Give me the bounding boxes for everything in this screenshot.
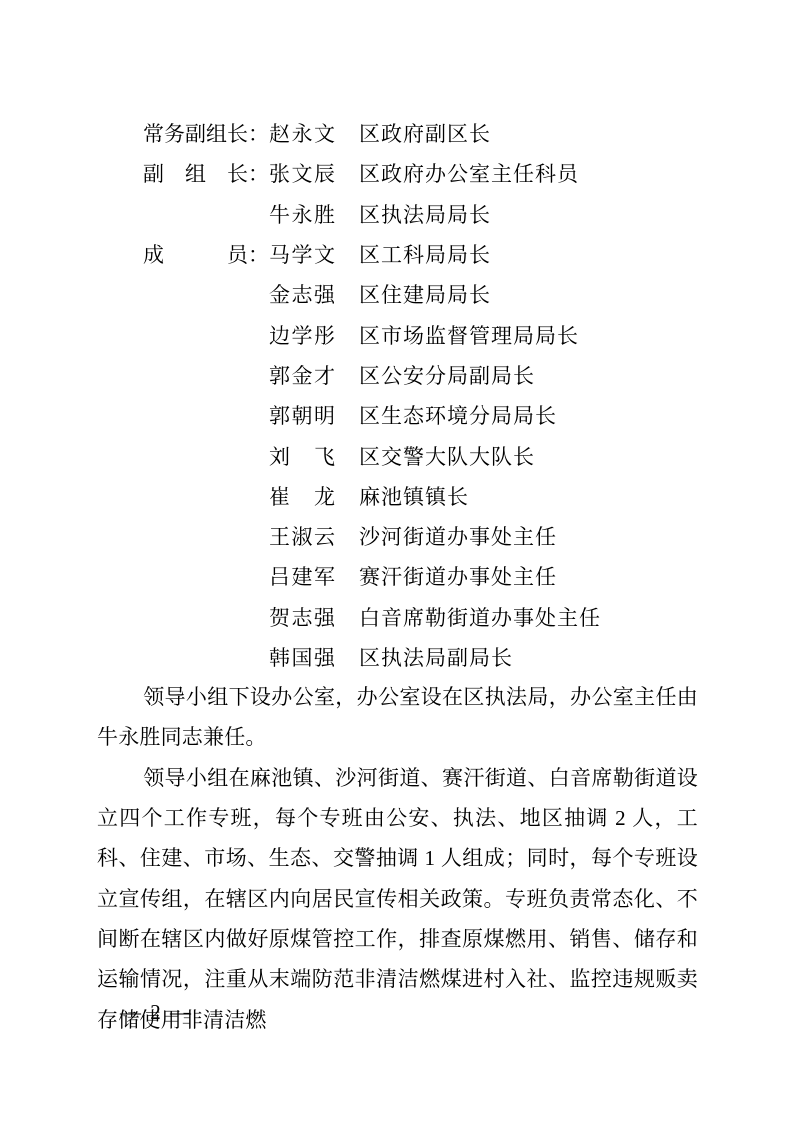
leading-group-roster: 常务副组长： 赵永文 区政府副区长 副 组 长： 张文辰 区政府办公室主任科员 … (143, 113, 698, 677)
roster-row: 郭朝明 区生态环境分局局长 (143, 395, 698, 435)
paragraph-office-setup: 领导小组下设办公室，办公室设在区执法局，办公室主任由牛永胜同志兼任。 (97, 677, 698, 758)
roster-person-title: 区执法局局长 (359, 199, 491, 229)
roster-person-title: 白音席勒街道办事处主任 (359, 602, 601, 632)
document-page: 常务副组长： 赵永文 区政府副区长 副 组 长： 张文辰 区政府办公室主任科员 … (0, 0, 793, 1122)
roster-row: 崔 龙 麻池镇镇长 (143, 476, 698, 516)
roster-person-name: 王淑云 (269, 521, 359, 551)
roster-person-name: 牛永胜 (269, 199, 359, 229)
roster-person-name: 金志强 (269, 279, 359, 309)
roster-row: 牛永胜 区执法局局长 (143, 194, 698, 234)
roster-person-title: 赛汗街道办事处主任 (359, 561, 557, 591)
roster-row: 常务副组长： 赵永文 区政府副区长 (143, 113, 698, 153)
roster-person-title: 沙河街道办事处主任 (359, 521, 557, 551)
roster-person-title: 区执法局副局长 (359, 642, 513, 672)
roster-person-title: 区交警大队大队长 (359, 441, 535, 471)
roster-person-name: 韩国强 (269, 642, 359, 672)
roster-role-label: 常务副组长： (143, 118, 269, 148)
roster-person-title: 区政府副区长 (359, 118, 491, 148)
roster-row: 吕建军 赛汗街道办事处主任 (143, 556, 698, 596)
roster-row: 王淑云 沙河街道办事处主任 (143, 516, 698, 556)
paragraph-work-teams: 领导小组在麻池镇、沙河街道、赛汗街道、白音席勒街道设立四个工作专班，每个专班由公… (97, 758, 698, 1040)
roster-row: 贺志强 白音席勒街道办事处主任 (143, 597, 698, 637)
roster-person-title: 区公安分局副局长 (359, 360, 535, 390)
roster-row: 韩国强 区执法局副局长 (143, 637, 698, 677)
roster-person-name: 吕建军 (269, 561, 359, 591)
roster-person-name: 马学文 (269, 239, 359, 269)
roster-row: 成 员： 马学文 区工科局局长 (143, 234, 698, 274)
roster-person-name: 边学彤 (269, 320, 359, 350)
roster-person-title: 区政府办公室主任科员 (359, 158, 579, 188)
roster-person-name: 贺志强 (269, 602, 359, 632)
roster-person-name: 刘 飞 (269, 441, 359, 471)
roster-person-title: 麻池镇镇长 (359, 481, 469, 511)
roster-person-title: 区市场监督管理局局长 (359, 320, 579, 350)
roster-person-name: 赵永文 (269, 118, 359, 148)
roster-person-name: 郭朝明 (269, 400, 359, 430)
roster-role-label: 副 组 长： (143, 158, 269, 188)
roster-row: 金志强 区住建局局长 (143, 274, 698, 314)
roster-person-name: 张文辰 (269, 158, 359, 188)
roster-row: 边学彤 区市场监督管理局局长 (143, 314, 698, 354)
page-number: — 2 — (120, 1000, 193, 1025)
roster-person-title: 区住建局局长 (359, 279, 491, 309)
document-body: 常务副组长： 赵永文 区政府副区长 副 组 长： 张文辰 区政府办公室主任科员 … (97, 113, 698, 1040)
roster-person-title: 区工科局局长 (359, 239, 491, 269)
roster-person-name: 郭金才 (269, 360, 359, 390)
roster-row: 郭金才 区公安分局副局长 (143, 355, 698, 395)
roster-row: 刘 飞 区交警大队大队长 (143, 435, 698, 475)
roster-row: 副 组 长： 张文辰 区政府办公室主任科员 (143, 153, 698, 193)
roster-person-title: 区生态环境分局局长 (359, 400, 557, 430)
roster-person-name: 崔 龙 (269, 481, 359, 511)
roster-role-label: 成 员： (143, 239, 269, 269)
